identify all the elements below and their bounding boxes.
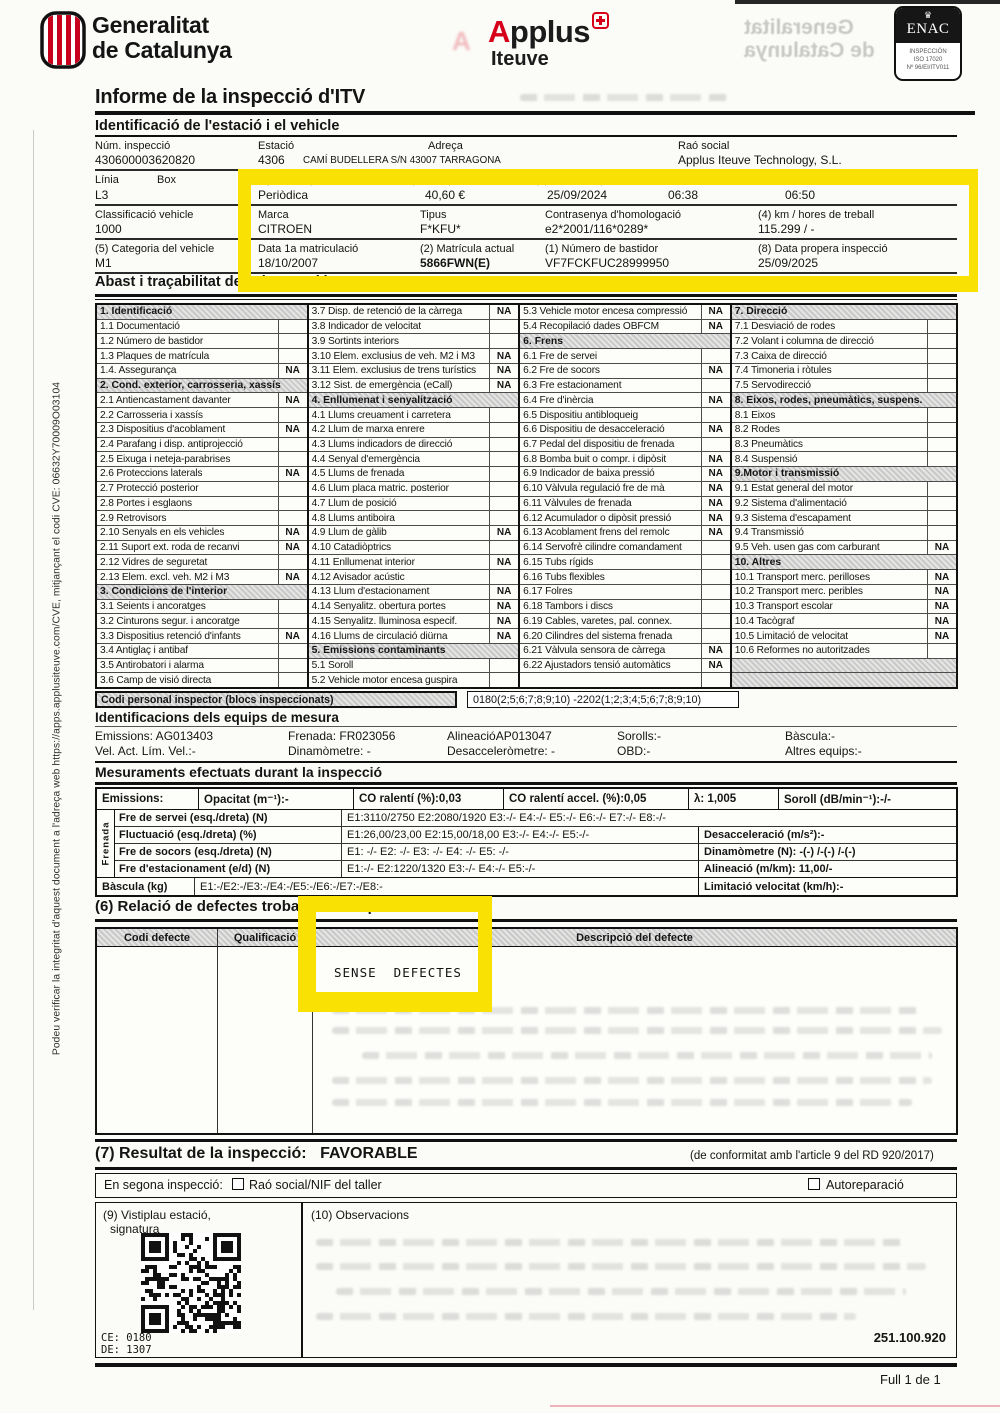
field-value: Applus Iteuve Technology, S.L. (678, 153, 842, 167)
autoreparacio-label: Autoreparació (826, 1178, 904, 1192)
checklist-item-label: 10.3 Transport escolar (732, 601, 927, 612)
checklist-item: 2.5 Eixuga i neteja-parabrises (97, 451, 307, 466)
na-mark (489, 659, 518, 673)
defectes-rule (95, 919, 957, 922)
frenada-row-value: E1:3110/2750 E2:2080/1920 E3:-/- E4:-/- … (342, 810, 956, 826)
abast-rule-thin (95, 299, 957, 300)
checklist-item-label: 6.9 Indicador de baixa pressió (520, 468, 701, 479)
checklist-item: 10.3 Transport escolarNA (732, 599, 956, 614)
checklist-item: 4.4 Senyal d'emergència (309, 451, 519, 466)
na-mark (278, 614, 307, 628)
checklist-item (520, 672, 730, 687)
vistiplau-label: (9) Vistiplau estació, (103, 1208, 211, 1222)
equips-row: Vel. Act. Lím. Vel.:-Dinamòmetre: -Desac… (95, 744, 957, 759)
na-mark (927, 364, 956, 378)
second-inspection-row: En segona inspecció: Raó social/NIF del … (95, 1173, 957, 1198)
na-mark (489, 320, 518, 334)
na-mark (701, 585, 730, 599)
page-indicator: Full 1 de 1 (880, 1372, 941, 1387)
checklist-item-label: 6.12 Acumulador o dipòsit pressió (520, 513, 701, 524)
checklist-item: 3.7 Disp. de retenció de la càrregaNA (309, 305, 519, 319)
checklist-item-label: 8.2 Rodes (732, 424, 927, 435)
enac-accreditation-mark: ♛ ENAC INSPECCIÓN ISO 17020 Nº 96/EI/ITV… (894, 6, 962, 81)
equip-field: OBD:- (617, 744, 650, 758)
checklist-item-label: 2.1 Antiencastament davanter (97, 395, 278, 406)
checklist-item-label: 3.6 Camp de visió directa (97, 675, 278, 686)
checklist-item: 6.12 Acumulador o dipòsit pressióNA (520, 510, 730, 525)
frenada-row-label: Fre de socors (esq./dreta) (N) (115, 844, 342, 860)
na-mark (927, 423, 956, 437)
checklist-item: 6.16 Tubs flexibles (520, 569, 730, 584)
na-mark: NA (278, 526, 307, 540)
scan-red-artifact (550, 1405, 1000, 1407)
checklist-item-label: 1.4. Assegurança (97, 365, 278, 376)
checklist-item-label: 6.21 Vàlvula sensora de càrrega (520, 645, 701, 656)
na-mark: NA (278, 423, 307, 437)
checklist-item: 3.10 Elem. exclusius de veh. M2 i M3NA (309, 348, 519, 363)
bleedthrough-ghost: A (452, 26, 471, 57)
checklist-item: 6.4 Fre d'inèrciaNA (520, 392, 730, 407)
checklist-item-label: 6.11 Vàlvules de frenada (520, 498, 701, 509)
cve-verification-note: Podeu verificar la integritat d'aquest d… (52, 219, 63, 1219)
defects-table: Codi defecte Qualificació Descripció del… (95, 927, 958, 1135)
result-rule-top (95, 1139, 957, 1142)
bleedthrough-generalitat: Generalitat de Catalunya (744, 16, 894, 62)
checklist-item: 6.20 Cilindres del sistema frenada (520, 628, 730, 643)
checklist-item-label: 2.10 Senyals en els vehicles (97, 527, 278, 538)
emissions-row: Emissions: Opacitat (m⁻¹):-CO ralentí (%… (97, 789, 956, 810)
na-mark (278, 497, 307, 511)
checklist-section-header: 7. Direcció (732, 305, 956, 319)
na-mark (278, 644, 307, 658)
checklist-item: 3.11 Elem. exclusius de trens turísticsN… (309, 363, 519, 378)
checklist-item: 3.8 Indicador de velocitat (309, 319, 519, 334)
na-mark: NA (927, 629, 956, 643)
checklist-item: 6.17 Folres (520, 584, 730, 599)
inspector-code-value: 0180(2;5;6;7;8;9;10) -2202(1;2;3;4;5;6;7… (467, 691, 739, 708)
checklist-item: 10.4 TacògrafNA (732, 613, 956, 628)
frenada-row: Fre d'estacionament (e/d) (N)E1:-/- E2:1… (115, 860, 956, 877)
applus-rest: pplus (510, 14, 590, 49)
checklist-item-label: 8.3 Pneumàtics (732, 439, 927, 450)
checklist-section-label: 5. Emissions contaminants (309, 645, 519, 656)
field-label: Adreça (428, 140, 463, 152)
na-mark: NA (701, 364, 730, 378)
field-label: Estació (258, 140, 294, 152)
checklist-section-label: 1. Identificació (97, 306, 307, 317)
bleedthrough-streak (332, 1099, 912, 1106)
frenada-row-label: Fluctuació (esq./dreta) (%) (115, 827, 342, 843)
checklist-item: 4.5 Llums de frenada (309, 466, 519, 481)
checklist-item: 9.5 Veh. usen gas com carburantNA (732, 540, 956, 555)
autoreparacio-checkbox (808, 1178, 820, 1190)
checklist-item: 4.12 Avisador acústic (309, 569, 519, 584)
na-mark: NA (927, 585, 956, 599)
checklist-item: 4.16 Llums de circulació diürnaNA (309, 628, 519, 643)
frenada-row-value: E1: -/- E2: -/- E3: -/- E4: -/- E5: -/- (342, 844, 698, 860)
taller-checkbox (232, 1178, 244, 1190)
checklist-item: 10.5 Limitació de velocitatNA (732, 628, 956, 643)
checklist-item: 1.3 Plaques de matrícula (97, 348, 307, 363)
checklist-item: 5.2 Vehicle motor encesa guspira (309, 672, 519, 687)
na-mark (489, 408, 518, 422)
na-mark (278, 408, 307, 422)
na-mark (278, 511, 307, 525)
checklist-item (732, 672, 956, 687)
na-mark (489, 452, 518, 466)
result-line: (7) Resultat de la inspecció: FAVORABLE (95, 1145, 418, 1163)
equip-field: Desacceleròmetre: - (447, 744, 555, 758)
na-mark (278, 659, 307, 673)
checklist-item-label: 4.14 Senyalitz. obertura portes (309, 601, 490, 612)
checklist-item-label: 3.4 Antiglaç i antibaf (97, 645, 278, 656)
checklist-item-label: 2.12 Vidres de seguretat (97, 557, 278, 568)
generalitat-logo-icon (40, 11, 86, 74)
na-mark (489, 334, 518, 348)
enac-line1: INSPECCIÓN (897, 48, 959, 56)
checklist-item-label: 6.1 Fre de servei (520, 351, 701, 362)
checklist-item: 2.8 Portes i esglaons (97, 496, 307, 511)
na-mark: NA (278, 364, 307, 378)
frenada-vertical-label: Frenada (97, 810, 115, 877)
checklist-item-label: 6.6 Dispositiu de desacceleració (520, 424, 701, 435)
checklist-item-label: 3.9 Sortints interiors (309, 336, 490, 347)
equip-field: AlineacióAP013047 (447, 729, 552, 743)
field-value: 430600003620820 (95, 153, 195, 167)
na-mark (278, 349, 307, 363)
na-mark (927, 452, 956, 466)
na-mark: NA (701, 320, 730, 334)
checklist-item: 6.1 Fre de servei (520, 348, 730, 363)
checklist-item: 2.3 Dispositius d'acoblamentNA (97, 422, 307, 437)
checklist-item: 4.11 Enllumenat interiorNA (309, 554, 519, 569)
checklist-item-label: 6.16 Tubs flexibles (520, 572, 701, 583)
checklist-item: 8.2 Rodes (732, 422, 956, 437)
na-mark: NA (278, 570, 307, 584)
na-mark: NA (701, 482, 730, 496)
checklist-item: 7.3 Caixa de direcció (732, 348, 956, 363)
checklist-item: 4.9 Llum de gàlibNA (309, 525, 519, 540)
field-value: L3 (95, 188, 108, 202)
na-mark (489, 467, 518, 481)
checklist-item: 10.1 Transport merc. perillosesNA (732, 569, 956, 584)
na-mark: NA (701, 659, 730, 673)
na-mark (489, 438, 518, 452)
checklist-item: 8.3 Pneumàtics (732, 437, 956, 452)
checklist-item: 3.1 Seients i ancoratges (97, 599, 307, 614)
na-mark: NA (927, 600, 956, 614)
applus-sub: Iteuve (491, 48, 609, 71)
bascula-row: Bàscula (kg) E1:-/E2:-/E3:-/E4:-/E5:-/E6… (97, 878, 956, 895)
na-mark (701, 408, 730, 422)
checklist-item-label: 9.5 Veh. usen gas com carburant (732, 542, 927, 553)
checklist-item: 9.1 Estat general del motor (732, 481, 956, 496)
equip-field: Vel. Act. Lím. Vel.:- (95, 744, 196, 758)
checklist-item-label: 10.6 Reformes no autoritzades (732, 645, 927, 656)
checklist-item-label: 4.4 Senyal d'emergència (309, 454, 490, 465)
section-rule (95, 135, 957, 137)
section-title-equips: Identificacions dels equips de mesura (95, 710, 339, 725)
checklist-item-label: 2.6 Proteccions laterals (97, 468, 278, 479)
checklist-item-label: 2.8 Portes i esglaons (97, 498, 278, 509)
section-title-mesuraments: Mesuraments efectuats durant la inspecci… (95, 764, 382, 780)
emissions-cell: λ: 1,005 (688, 789, 778, 809)
checklist-item: 9.4 Transmissió (732, 525, 956, 540)
na-mark (927, 349, 956, 363)
na-mark: NA (489, 585, 518, 599)
na-mark: NA (927, 541, 956, 555)
checklist-item: 5.4 Recopilació dades OBFCMNA (520, 319, 730, 334)
checklist-item: 2.1 Antiencastament davanterNA (97, 392, 307, 407)
na-mark (489, 482, 518, 496)
na-mark: NA (489, 526, 518, 540)
checklist-section-label: 6. Frens (520, 336, 730, 347)
checklist-column: 1. Identificació1.1 Documentació1.2 Núme… (97, 305, 307, 687)
checklist-item: 2.7 Protecció posterior (97, 481, 307, 496)
checklist-item-label: 6.14 Servofrè cilindre comandament (520, 542, 701, 553)
enac-name: ENAC (907, 21, 950, 37)
checklist-item-label: 10.5 Limitació de velocitat (732, 631, 927, 642)
na-mark (701, 629, 730, 643)
checklist-item-label: 6.18 Tambors i discs (520, 601, 701, 612)
na-mark: NA (927, 570, 956, 584)
na-mark (701, 555, 730, 569)
checklist-item-label: 9.1 Estat general del motor (732, 483, 927, 494)
applus-logo: Applus Iteuve (488, 16, 609, 71)
checklist-item: 6.3 Fre estacionament (520, 378, 730, 393)
checklist-item-label: 3.8 Indicador de velocitat (309, 321, 490, 332)
footer-rule (95, 1363, 957, 1367)
equip-field: Sorolls:- (617, 729, 661, 743)
checklist-item-label: 5.3 Vehicle motor encesa compressió (520, 306, 701, 317)
equips-row: Emissions: AG013403Frenada: FR023056Alin… (95, 729, 957, 744)
checklist-item-label: 9.4 Transmissió (732, 527, 927, 538)
checklist-section-header: 8. Eixos, rodes, pneumàtics, suspens. (732, 392, 956, 407)
na-mark (278, 438, 307, 452)
checklist-item-label: 2.3 Dispositius d'acoblament (97, 424, 278, 435)
field-label: Núm. inspecció (95, 140, 170, 152)
checklist-item: 4.2 Llum de marxa enrere (309, 422, 519, 437)
checklist-item-label: 2.13 Elem. excl. veh. M2 i M3 (97, 572, 278, 583)
checklist-item-label: 6.7 Pedal del dispositiu de frenada (520, 439, 701, 450)
checklist-item: 6.6 Dispositiu de desacceleracióNA (520, 422, 730, 437)
checklist-item-label: 4.5 Llums de frenada (309, 468, 490, 479)
field-label: Classificació vehicle (95, 209, 193, 221)
field-value: CAMÍ BUDELLERA S/N 43007 TARRAGONA (303, 155, 501, 166)
checklist-item-label: 3.10 Elem. exclusius de veh. M2 i M3 (309, 351, 490, 362)
checklist-item: 5.3 Vehicle motor encesa compressióNA (520, 305, 730, 319)
field-label: Box (157, 174, 176, 186)
equip-field: Frenada: FR023056 (288, 729, 395, 743)
checklist-item-label: 2.9 Retrovisors (97, 513, 278, 524)
na-mark (927, 526, 956, 540)
checklist-item: 6.8 Bomba buit o compr. i dipòsitNA (520, 451, 730, 466)
checklist-section-header: 2. Cond. exterior, carrosseria, xassís (97, 378, 307, 393)
frenada-row: Fre de socors (esq./dreta) (N)E1: -/- E2… (115, 843, 956, 860)
enac-line3: Nº 96/EI/ITV011 (897, 64, 959, 72)
checklist-item: 5.1 Soroll (309, 658, 519, 673)
second-inspection-label: En segona inspecció: (104, 1178, 223, 1192)
de-code: DE: 1307 (101, 1344, 152, 1356)
checklist-item: 8.1 Eixos (732, 407, 956, 422)
emissions-cell: Opacitat (m⁻¹):- (198, 789, 353, 809)
checklist-section-header: 4. Enllumenat i senyalització (309, 392, 519, 407)
na-mark (489, 570, 518, 584)
checklist-section-header: 1. Identificació (97, 305, 307, 319)
checklist-item-label: 3.3 Dispositius retenció d'infants (97, 631, 278, 642)
checklist-item-label: 4.15 Senyalitz. lluminosa especif. (309, 616, 490, 627)
checklist-item-label: 4.1 Llums creuament i carretera (309, 410, 490, 421)
na-mark (927, 497, 956, 511)
checklist-item-label: 2.2 Carrosseria i xassís (97, 410, 278, 421)
checklist-item: 6.19 Cables, varetes, pal. connex. (520, 613, 730, 628)
frenada-row-value: E1:-/- E2:1220/1320 E3:-/- E4:-/- E5:-/- (342, 861, 698, 877)
na-mark: NA (701, 452, 730, 466)
checklist-item: 7.1 Desviació de rodes (732, 319, 956, 334)
bleedthrough-streak (332, 1077, 932, 1084)
checklist-item: 4.3 Llums indicadors de direcció (309, 437, 519, 452)
na-mark (927, 438, 956, 452)
checklist-item-label: 6.22 Ajustadors tensió automàtics (520, 660, 701, 671)
checklist-item-label: 1.3 Plaques de matrícula (97, 351, 278, 362)
na-mark (278, 555, 307, 569)
checklist-item-label: 6.10 Vàlvula regulació fre de mà (520, 483, 701, 494)
checklist-item: 2.2 Carrosseria i xassís (97, 407, 307, 422)
checklist-section-header: 9.Motor i transmissió (732, 466, 956, 481)
generalitat-line2: de Catalunya (92, 38, 232, 63)
checklist-item-label: 7.1 Desviació de rodes (732, 321, 927, 332)
checklist-section-label: 8. Eixos, rodes, pneumàtics, suspens. (732, 395, 956, 406)
defects-vline (217, 946, 218, 1133)
checklist-item-label: 4.10 Catadiòptrics (309, 542, 490, 553)
checklist-item: 7.2 Volant i columna de direcció (732, 333, 956, 348)
checklist-item-label: 6.13 Acoblament frens del remolc (520, 527, 701, 538)
checklist-item-label: 6.15 Tubs rígids (520, 557, 701, 568)
checklist-item: 4.14 Senyalitz. obertura portesNA (309, 599, 519, 614)
checklist-item-label: 6.5 Dispositiu antibloqueig (520, 410, 701, 421)
checklist-item-label: 5.2 Vehicle motor encesa guspira (309, 675, 490, 686)
checklist-column: 3.7 Disp. de retenció de la càrregaNA3.8… (307, 305, 519, 687)
checklist-item: 4.1 Llums creuament i carretera (309, 407, 519, 422)
na-mark: NA (278, 541, 307, 555)
checklist-section-label: 10. Altres (732, 557, 956, 568)
checklist-item: 2.6 Proteccions lateralsNA (97, 466, 307, 481)
emissions-label: Emissions: (97, 789, 198, 809)
checklist-item (732, 658, 956, 673)
checklist-item-label: 3.7 Disp. de retenció de la càrrega (309, 306, 490, 317)
checklist-item-label: 7.2 Volant i columna de direcció (732, 336, 927, 347)
crown-icon: ♛ (896, 11, 960, 20)
bleedthrough-streak (316, 1239, 906, 1246)
checklist-item-label: 10.2 Transport merc. peribles (732, 586, 927, 597)
checklist-item-label: 4.13 Llum d'estacionament (309, 586, 490, 597)
na-mark (701, 541, 730, 555)
na-mark: NA (701, 305, 730, 319)
checklist-item: 2.11 Suport ext. roda de recanviNA (97, 540, 307, 555)
checklist-item: 10.6 Reformes no autoritzades (732, 643, 956, 658)
na-mark: NA (489, 600, 518, 614)
measurements-table: Emissions: Opacitat (m⁻¹):-CO ralentí (%… (95, 787, 958, 897)
checklist-item: 2.4 Parafang i disp. antiprojecció (97, 437, 307, 452)
checklist-column: 7. Direcció7.1 Desviació de rodes7.2 Vol… (730, 305, 956, 687)
na-mark (701, 379, 730, 393)
checklist-column: 5.3 Vehicle motor encesa compressióNA5.4… (518, 305, 730, 687)
mesuraments-rule (95, 782, 957, 785)
frenada-row-right: Desacceleració (m/s²):- (698, 827, 956, 843)
checklist-item-label: 7.4 Timoneria i ròtules (732, 365, 927, 376)
field-value: M1 (95, 256, 112, 270)
abast-rule (95, 294, 957, 297)
na-mark (927, 482, 956, 496)
defects-header-row: Codi defecte Qualificació Descripció del… (97, 929, 956, 947)
checklist-item: 6.14 Servofrè cilindre comandament (520, 540, 730, 555)
frenada-row: Fre de servei (esq./dreta) (N)E1:3110/27… (115, 810, 956, 826)
na-mark (489, 541, 518, 555)
checklist-item-label: 7.3 Caixa de direcció (732, 351, 927, 362)
checklist-item-label: 6.8 Bomba buit o compr. i dipòsit (520, 454, 701, 465)
checklist-item: 4.13 Llum d'estacionamentNA (309, 584, 519, 599)
bleedthrough-streak (332, 1027, 942, 1034)
na-mark: NA (701, 423, 730, 437)
equip-field: Bàscula:- (785, 729, 835, 743)
na-mark: NA (701, 393, 730, 407)
na-mark: NA (489, 379, 518, 393)
bleedthrough-streak (336, 1288, 906, 1295)
checklist-item: 6.7 Pedal del dispositiu de frenada (520, 437, 730, 452)
checklist-item-label: 6.17 Folres (520, 586, 701, 597)
checklist-item: 4.6 Llum placa matric. posterior (309, 481, 519, 496)
checklist-section-label: 3. Condicions de l'interior (97, 586, 307, 597)
equips-rule-bottom (95, 761, 957, 763)
emissions-cell: CO ralentí (%):0,03 (353, 789, 503, 809)
checklist: 1. Identificació1.1 Documentació1.2 Núme… (95, 303, 958, 689)
checklist-item-label: 4.11 Enllumenat interior (309, 557, 490, 568)
checklist-item: 3.5 Antirobatori i alarma (97, 658, 307, 673)
enac-line2: ISO 17020 (897, 56, 959, 64)
checklist-section-header: 6. Frens (520, 333, 730, 348)
generalitat-wordmark: Generalitat de Catalunya (92, 13, 232, 63)
checklist-item: 7.4 Timoneria i ròtules (732, 363, 956, 378)
checklist-item: 3.9 Sortints interiors (309, 333, 519, 348)
checklist-section-label: 2. Cond. exterior, carrosseria, xassís (97, 380, 307, 391)
applus-plus-icon (592, 12, 609, 29)
na-mark (927, 320, 956, 334)
na-mark: NA (489, 614, 518, 628)
ce-code: CE: 0180 (101, 1332, 152, 1344)
highlight-sense-defectes (298, 896, 492, 1012)
bascula-value: E1:-/E2:-/E3:-/E4:-/E5:-/E6:-/E7:-/E8:- (195, 878, 698, 895)
na-mark (927, 511, 956, 525)
bascula-label: Bàscula (kg) (97, 878, 195, 895)
bleedthrough-streak (520, 94, 730, 101)
na-mark (489, 511, 518, 525)
frenada-row-label: Fre de servei (esq./dreta) (N) (115, 810, 342, 826)
checklist-item-label: 4.12 Avisador acústic (309, 572, 490, 583)
checklist-item-label: 4.2 Llum de marxa enrere (309, 424, 490, 435)
document-number: 251.100.920 (874, 1330, 946, 1345)
field-value: 1000 (95, 222, 122, 236)
inspector-code-label: Codi personal inspector (blocs inspeccio… (95, 691, 457, 708)
checklist-item: 6.10 Vàlvula regulació fre de màNA (520, 481, 730, 496)
checklist-item: 6.15 Tubs rígids (520, 554, 730, 569)
checklist-item: 7.5 Servodirecció (732, 378, 956, 393)
checklist-item: 6.13 Acoblament frens del remolcNA (520, 525, 730, 540)
checklist-item-label: 6.4 Fre d'inèrcia (520, 395, 701, 406)
checklist-item: 4.10 Catadiòptrics (309, 540, 519, 555)
checklist-item-label: 4.6 Llum placa matric. posterior (309, 483, 490, 494)
checklist-item: 9.3 Sistema d'escapament (732, 510, 956, 525)
emissions-cell: Soroll (dB/min⁻¹):-/- (778, 789, 956, 809)
